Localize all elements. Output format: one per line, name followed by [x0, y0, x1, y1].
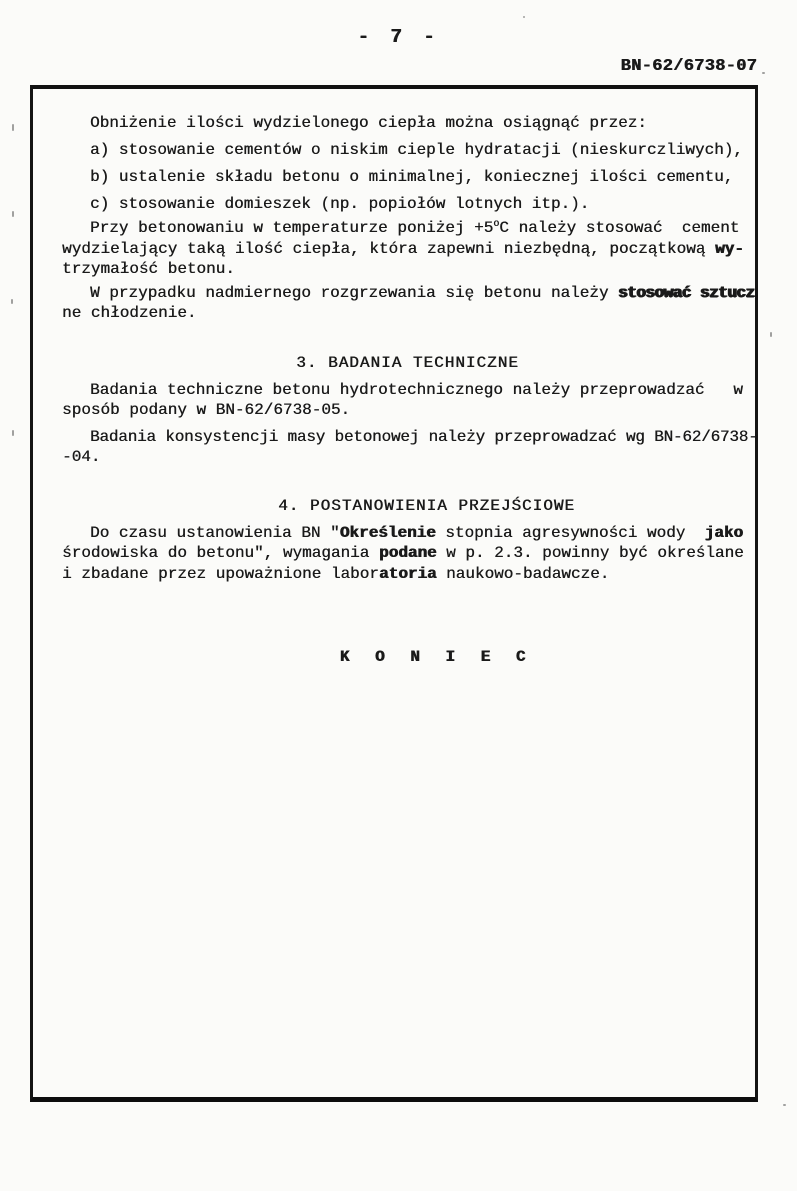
- text-line: Do czasu ustanowienia BN "Określenie sto…: [62, 523, 753, 544]
- text-line: K O N I E C: [62, 647, 753, 667]
- text-line: środowiska do betonu", wymagania podane …: [62, 543, 753, 564]
- text-segment: Do czasu ustanowienia BN ": [90, 524, 340, 542]
- scan-speck: [12, 124, 14, 131]
- text-segment: trzymałość betonu.: [62, 260, 235, 278]
- text-segment: W przypadku nadmiernego rozgrzewania się…: [90, 284, 618, 302]
- text-segment: C należy stosować cement: [499, 219, 739, 237]
- text-segment: a) stosowanie cementów o niskim cieple h…: [90, 141, 743, 159]
- scanned-page: - 7 - BN-62/6738-07 Obniżenie ilości wyd…: [0, 0, 797, 1191]
- text-line: sposób podany w BN-62/6738-05.: [62, 400, 753, 421]
- paragraph: Do czasu ustanowienia BN "Określenie sto…: [62, 523, 753, 585]
- text-segment: b) ustalenie składu betonu o minimalnej,…: [90, 168, 733, 186]
- scan-speck: [762, 72, 765, 74]
- standard-reference: BN-62/6738-07: [620, 57, 757, 76]
- text-segment: ne chłodzenie.: [62, 304, 196, 322]
- text-segment: naukowo-badawcze.: [436, 565, 609, 583]
- text-segment: Przy betonowaniu w temperaturze poniżej …: [90, 219, 493, 237]
- page-number: - 7 -: [0, 26, 797, 48]
- section-heading: 3. BADANIA TECHNICZNE: [62, 353, 753, 373]
- document-body: Obniżenie ilości wydzielonego ciepła moż…: [33, 89, 755, 1097]
- text-line: i zbadane przez upoważnione laboratoria …: [62, 564, 753, 585]
- text-line: 4. POSTANOWIENIA PRZEJŚCIOWE: [62, 496, 753, 516]
- scan-speck: [770, 332, 772, 337]
- paragraph: Badania konsystencji masy betonowej nale…: [62, 427, 753, 468]
- text-segment: -04.: [62, 448, 100, 466]
- text-segment: c) stosowanie domieszek (np. popiołów lo…: [90, 195, 589, 213]
- text-line: wydzielający taką ilość ciepła, która za…: [62, 239, 753, 260]
- text-segment: stosować sztucz: [618, 284, 755, 302]
- text-segment: środowiska do betonu", wymagania: [62, 544, 379, 562]
- text-line: -04.: [62, 447, 753, 468]
- text-segment: 3. BADANIA TECHNICZNE: [296, 354, 519, 372]
- scan-speck: [12, 211, 14, 217]
- text-segment: Określenie: [340, 524, 436, 542]
- paragraph: Obniżenie ilości wydzielonego ciepła moż…: [62, 110, 753, 218]
- text-line: 3. BADANIA TECHNICZNE: [62, 353, 753, 373]
- text-line: Badania konsystencji masy betonowej nale…: [62, 427, 753, 448]
- text-segment: w p. 2.3. powinny być określane: [436, 544, 743, 562]
- text-segment: stopnia agresywności wody: [436, 524, 705, 542]
- text-line: c) stosowanie domieszek (np. popiołów lo…: [62, 191, 753, 218]
- text-segment: podane: [379, 544, 437, 562]
- text-line: a) stosowanie cementów o niskim cieple h…: [62, 137, 753, 164]
- text-segment: 4. POSTANOWIENIA PRZEJŚCIOWE: [278, 497, 575, 515]
- text-segment: Badania techniczne betonu hydrotechniczn…: [90, 381, 743, 399]
- text-segment: sposób podany w BN-62/6738-05.: [62, 401, 350, 419]
- text-segment: Obniżenie ilości wydzielonego ciepła moż…: [90, 114, 647, 132]
- text-line: Badania techniczne betonu hydrotechniczn…: [62, 380, 753, 401]
- text-segment: atoria: [379, 565, 437, 583]
- scan-speck: [11, 299, 13, 304]
- text-line: b) ustalenie składu betonu o minimalnej,…: [62, 164, 753, 191]
- text-segment: i zbadane przez upoważnione labor: [62, 565, 379, 583]
- scan-speck: [783, 1104, 786, 1106]
- text-segment: jako: [705, 524, 743, 542]
- text-line: ne chłodzenie.: [62, 303, 753, 324]
- text-line: W przypadku nadmiernego rozgrzewania się…: [62, 283, 753, 304]
- scan-speck: [12, 430, 14, 436]
- text-line: trzymałość betonu.: [62, 259, 753, 280]
- scan-speck: [523, 16, 525, 18]
- paragraph: W przypadku nadmiernego rozgrzewania się…: [62, 283, 753, 324]
- text-line: Obniżenie ilości wydzielonego ciepła moż…: [62, 110, 753, 137]
- paragraph: Przy betonowaniu w temperaturze poniżej …: [62, 218, 753, 280]
- text-segment: Badania konsystencji masy betonowej nale…: [90, 428, 758, 446]
- text-segment: wydzielający taką ilość ciepła, która za…: [62, 240, 715, 258]
- end-marker: K O N I E C: [62, 647, 753, 667]
- section-heading: 4. POSTANOWIENIA PRZEJŚCIOWE: [62, 496, 753, 516]
- text-segment: wy-: [715, 240, 744, 258]
- text-line: Przy betonowaniu w temperaturze poniżej …: [62, 218, 753, 239]
- text-segment: K O N I E C: [340, 648, 534, 666]
- document-frame: Obniżenie ilości wydzielonego ciepła moż…: [30, 85, 758, 1102]
- paragraph: Badania techniczne betonu hydrotechniczn…: [62, 380, 753, 421]
